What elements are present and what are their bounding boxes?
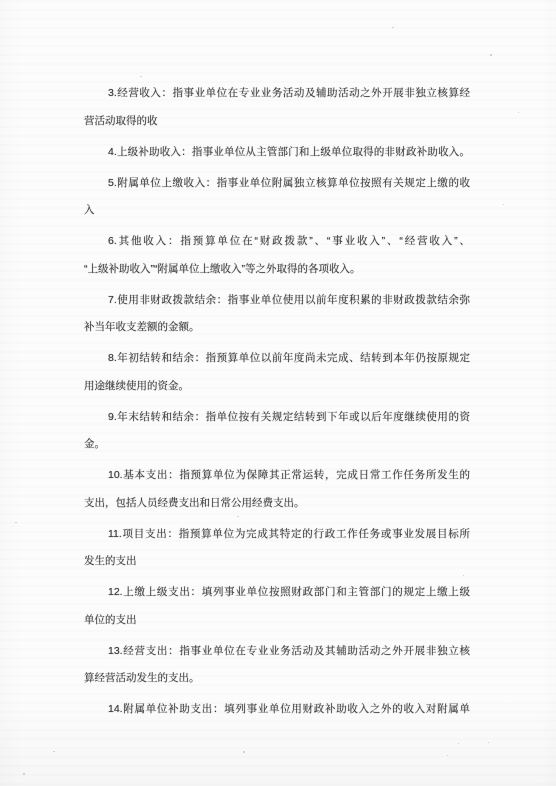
document-line: 发生的支出 <box>84 548 470 576</box>
definition-paragraph-9: 9.年末结转和结余：指单位按有关规定结转到下年或以后年度继续使用的资 金。 <box>84 404 470 459</box>
document-text: 3.经营收入：指事业单位在专业业务活动及辅助活动之外开展非独立核算经 营活动取得… <box>84 80 470 727</box>
document-line: 补当年收支差额的金额。 <box>84 314 470 342</box>
document-line: 10.基本支出：指预算单位为保障其正常运转，完成日常工作任务所发生的 <box>84 462 470 490</box>
scan-speck <box>243 751 245 753</box>
scan-speck <box>392 27 394 28</box>
definition-paragraph-4: 4.上级补助收入：指事业单位从主管部门和上级单位取得的非财政补助收入。 <box>84 139 470 167</box>
document-line: 4.上级补助收入：指事业单位从主管部门和上级单位取得的非财政补助收入。 <box>84 139 470 167</box>
scan-speck <box>53 751 55 752</box>
document-line: 支出，包括人员经费支出和日常公用经费支出。 <box>84 490 470 518</box>
document-line: 11.项目支出：指预算单位为完成其特定的行政工作任务或事业发展目标所 <box>84 521 470 549</box>
scan-speck <box>490 54 492 56</box>
scanned-page: 3.经营收入：指事业单位在专业业务活动及辅助活动之外开展非独立核算经 营活动取得… <box>0 0 556 786</box>
scan-speck <box>447 755 448 756</box>
document-line: 单位的支出 <box>84 607 470 635</box>
definition-paragraph-5: 5.附属单位上缴收入：指事业单位附属独立核算单位按照有关规定上缴的收 入 <box>84 170 470 225</box>
document-line: 5.附属单位上缴收入：指事业单位附属独立核算单位按照有关规定上缴的收 <box>84 170 470 198</box>
definition-paragraph-12: 12.上缴上级支出：填列事业单位按照财政部门和主管部门的规定上缴上级 单位的支出 <box>84 579 470 634</box>
scan-speck <box>518 112 519 113</box>
document-line: 9.年末结转和结余：指单位按有关规定结转到下年或以后年度继续使用的资 <box>84 404 470 432</box>
document-line: 8.年初结转和结余：指预算单位以前年度尚未完成、结转到本年仍按原规定 <box>84 345 470 373</box>
scan-speck <box>23 773 25 775</box>
scan-speck <box>488 742 489 743</box>
scan-speck <box>140 76 142 77</box>
document-line: 6.其他收入：指预算单位在“财政拨款”、“事业收入”、“经营收入”、 <box>84 228 470 256</box>
scan-speck <box>458 743 459 744</box>
definition-paragraph-13: 13.经营支出：指事业单位在专业业务活动及其辅助活动之外开展非独立核 算经营活动… <box>84 638 470 693</box>
document-line: 用途继续使用的资金。 <box>84 373 470 401</box>
document-line: “上级补助收入”“附属单位上缴收入”等之外取得的各项收入。 <box>84 256 470 284</box>
document-line: 算经营活动发生的支出。 <box>84 665 470 693</box>
definition-paragraph-7: 7.使用非财政拨款结余：指事业单位使用以前年度积累的非财政拨款结余弥 补当年收支… <box>84 287 470 342</box>
definition-paragraph-6: 6.其他收入：指预算单位在“财政拨款”、“事业收入”、“经营收入”、 “上级补助… <box>84 228 470 283</box>
document-line: 13.经营支出：指事业单位在专业业务活动及其辅助活动之外开展非独立核 <box>84 638 470 666</box>
document-line: 12.上缴上级支出：填列事业单位按照财政部门和主管部门的规定上缴上级 <box>84 579 470 607</box>
scan-speck <box>463 575 464 576</box>
document-line: 3.经营收入：指事业单位在专业业务活动及辅助活动之外开展非独立核算经 <box>84 80 470 108</box>
document-line: 金。 <box>84 431 470 459</box>
scan-speck <box>15 522 17 523</box>
document-line: 7.使用非财政拨款结余：指事业单位使用以前年度积累的非财政拨款结余弥 <box>84 287 470 315</box>
definition-paragraph-14: 14.附属单位补助支出：填列事业单位用财政补助收入之外的收入对附属单 <box>84 696 470 724</box>
scan-speck <box>237 516 239 517</box>
definition-paragraph-11: 11.项目支出：指预算单位为完成其特定的行政工作任务或事业发展目标所 发生的支出 <box>84 521 470 576</box>
document-line: 14.附属单位补助支出：填列事业单位用财政补助收入之外的收入对附属单 <box>84 696 470 724</box>
definition-paragraph-10: 10.基本支出：指预算单位为保障其正常运转，完成日常工作任务所发生的 支出，包括… <box>84 462 470 517</box>
document-line: 入 <box>84 197 470 225</box>
document-line: 营活动取得的收 <box>84 108 470 136</box>
scan-speck <box>503 204 504 205</box>
definition-paragraph-3: 3.经营收入：指事业单位在专业业务活动及辅助活动之外开展非独立核算经 营活动取得… <box>84 80 470 135</box>
definition-paragraph-8: 8.年初结转和结余：指预算单位以前年度尚未完成、结转到本年仍按原规定 用途继续使… <box>84 345 470 400</box>
